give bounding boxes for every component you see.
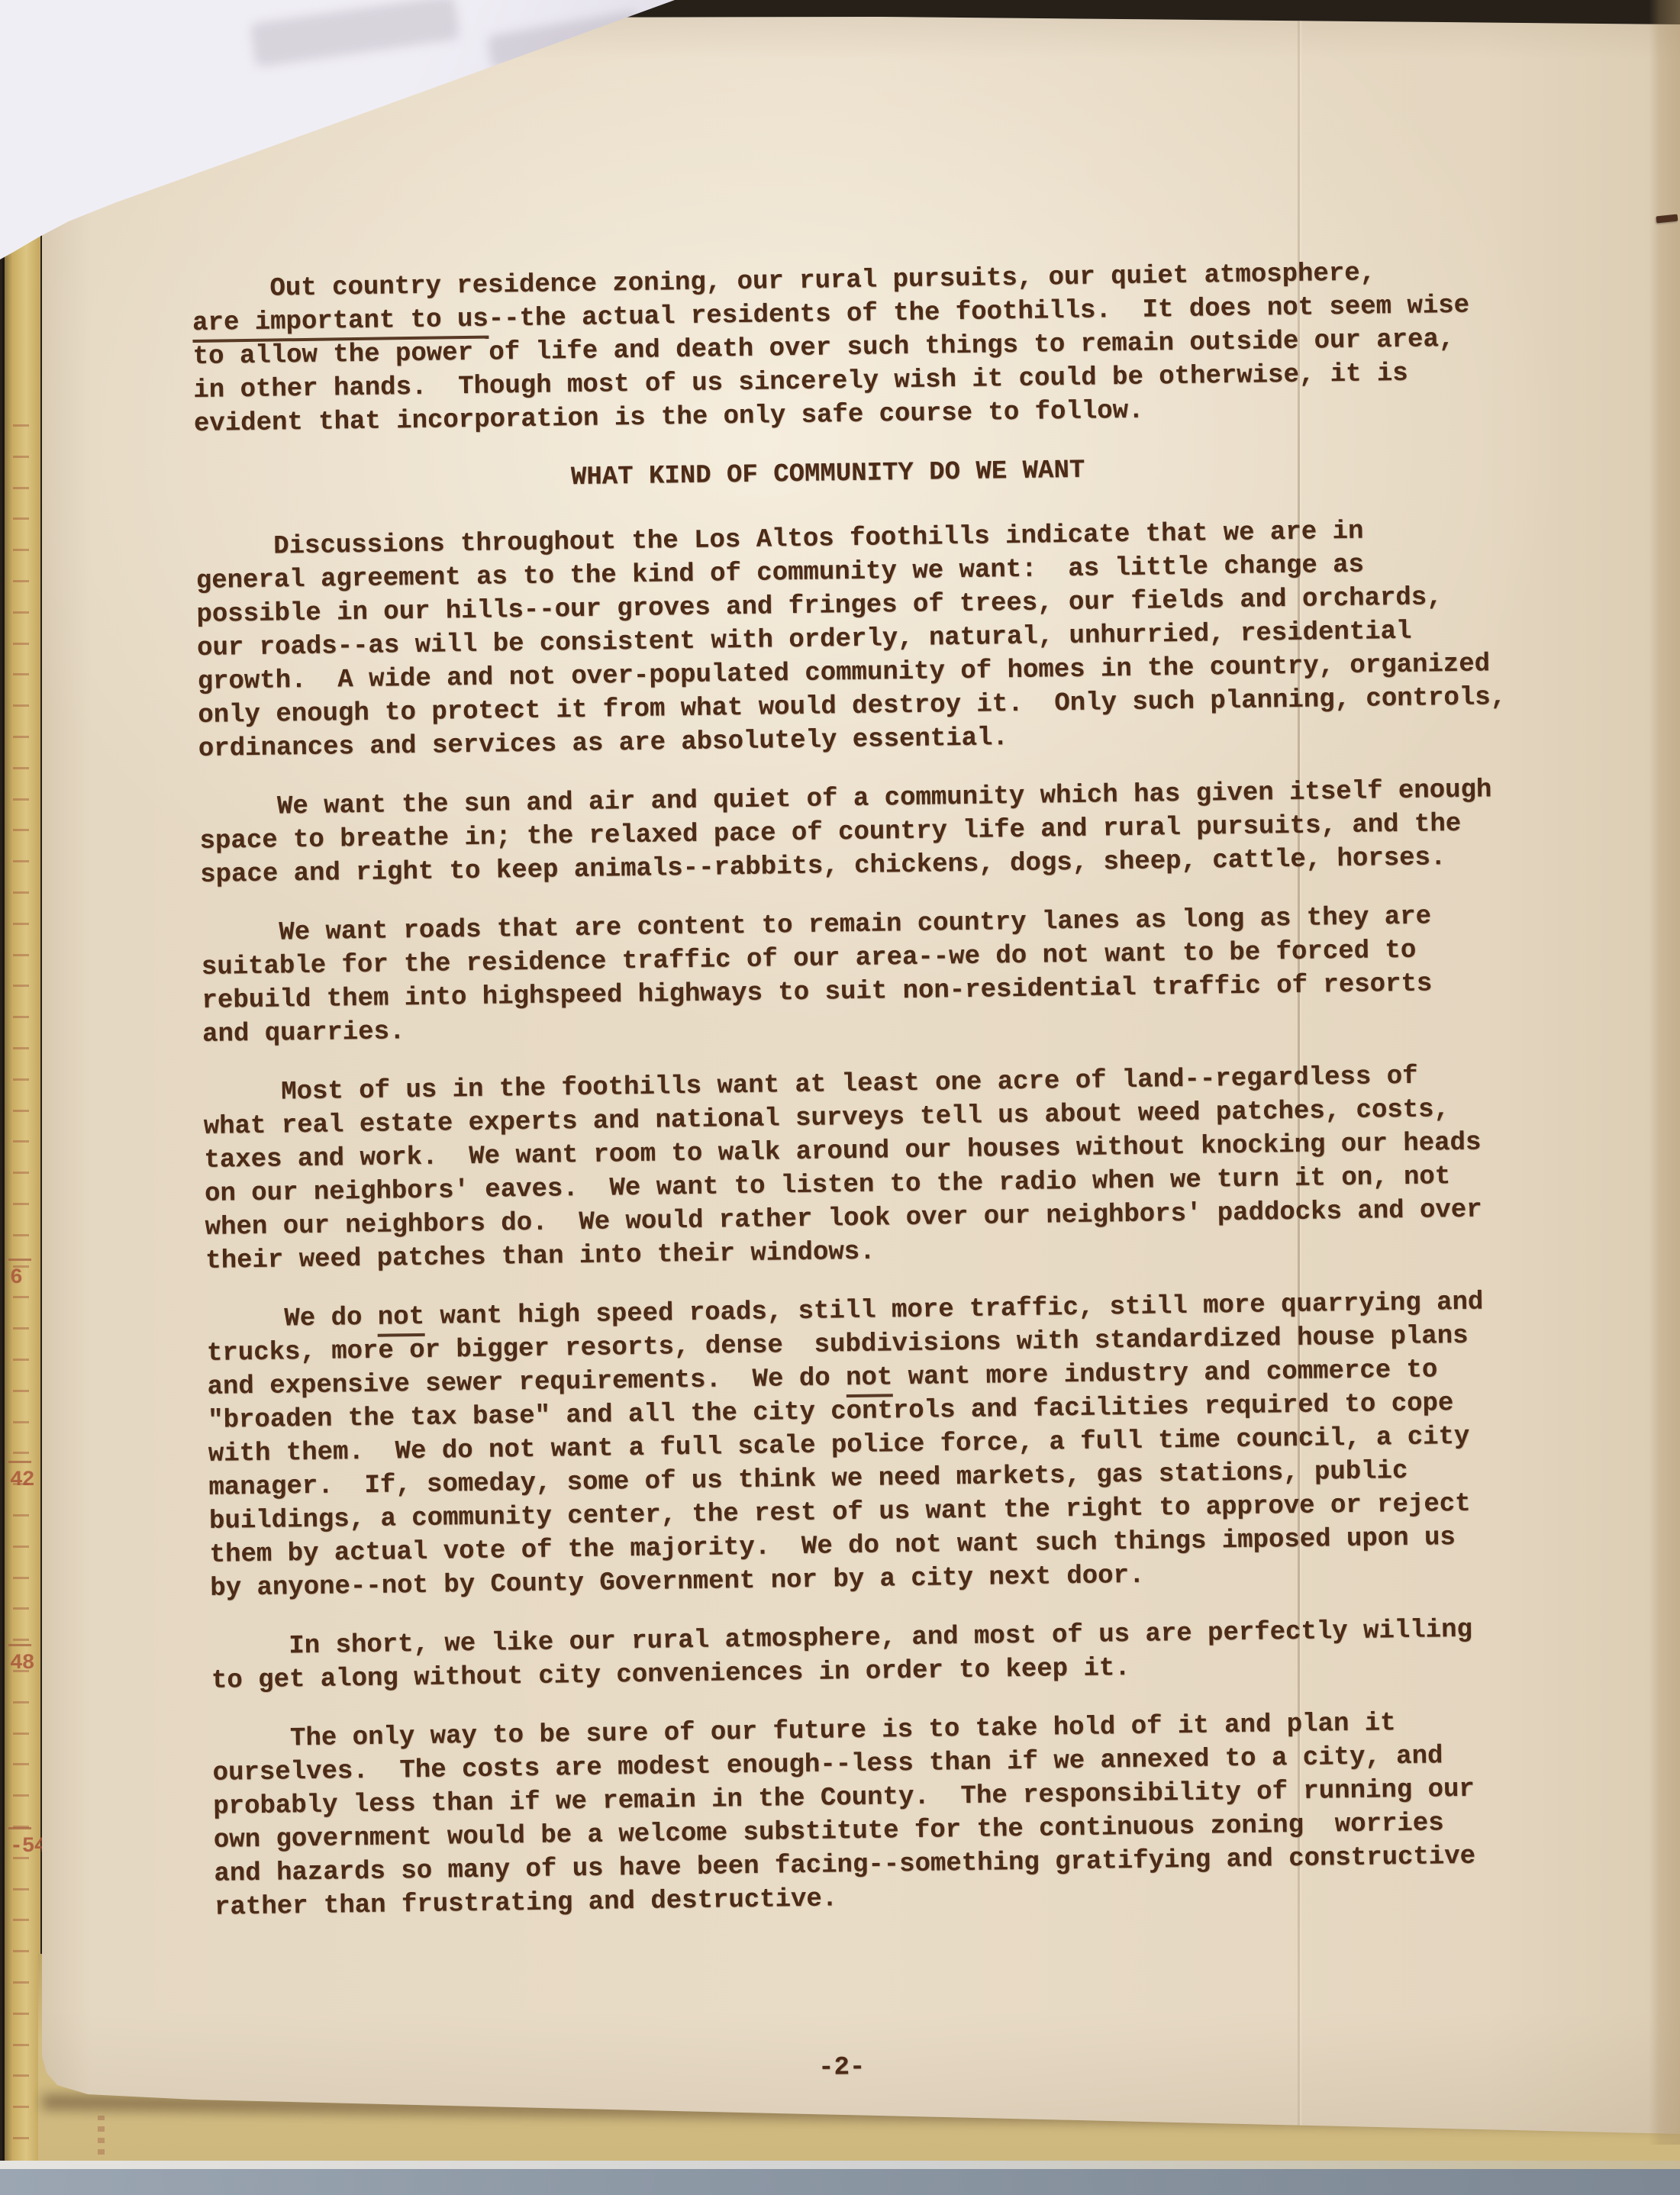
ruler-tick	[13, 829, 29, 831]
document-page: Out country residence zoning, our rural …	[42, 17, 1680, 2139]
paragraph: The only way to be sure of our future is…	[212, 1704, 1574, 1925]
adjacent-sheet-edge	[1649, 0, 1680, 2145]
ruler-tick	[13, 1888, 29, 1890]
bleed-through-smudge	[250, 0, 460, 68]
ruler-tick	[13, 1140, 29, 1143]
backing-strip	[0, 2169, 1680, 2195]
ruler-tick	[13, 549, 29, 551]
ruler-major-tick	[8, 1259, 31, 1261]
ruler-tick	[13, 1296, 29, 1298]
ruler-tick	[13, 2106, 29, 2108]
ruler-tick	[13, 1327, 29, 1330]
ruler-number: 48	[10, 1653, 34, 1674]
typewritten-text: Out country residence zoning, our rural …	[191, 187, 1577, 2161]
ruler-tick	[13, 1359, 29, 1361]
ruler-tick	[13, 643, 29, 645]
ruler-major-tick	[8, 1461, 31, 1463]
ruler-tick	[13, 1234, 29, 1236]
paragraph: We want the sun and air and quiet of a c…	[199, 772, 1559, 892]
ruler-strip: 64248-54	[2, 0, 40, 2195]
ruler-tick	[13, 1639, 29, 1641]
paragraph: Discussions throughout the Los Altos foo…	[195, 512, 1557, 766]
ruler-number: 6	[10, 1268, 22, 1289]
ruler-tick	[13, 1047, 29, 1049]
paragraph: In short, we like our rural atmosphere, …	[211, 1612, 1570, 1698]
ruler-tick	[13, 891, 29, 894]
ruler-tick	[13, 1421, 29, 1423]
paragraph: Out country residence zoning, our rural …	[192, 254, 1553, 441]
paragraph: We do not want high speed roads, still m…	[206, 1284, 1569, 1606]
ruler-number: -54	[10, 1836, 46, 1858]
ruler-tick	[13, 1919, 29, 1921]
ruler-tick	[13, 1701, 29, 1703]
ruler-tick	[13, 2074, 29, 2077]
ruler-tick	[13, 517, 29, 520]
ruler-tick	[13, 954, 29, 956]
ruler-tick	[13, 1514, 29, 1517]
underlined-text: not	[378, 1303, 425, 1337]
ruler-tick	[13, 1981, 29, 1984]
ruler-tick	[13, 1078, 29, 1081]
ruler-tick	[13, 1452, 29, 1454]
ruler-tick	[13, 736, 29, 738]
ruler-tick	[13, 1763, 29, 1765]
ruler-tick	[13, 1203, 29, 1205]
ruler-tick	[13, 985, 29, 987]
underlined-text: not	[846, 1363, 893, 1397]
ruler-tick	[13, 487, 29, 489]
page-number: -2-	[217, 2041, 1575, 2093]
ruler-tick	[13, 767, 29, 769]
scan-scene: 64248-54 Out country residence zoning, o…	[0, 0, 1680, 2195]
ruler-tick	[13, 580, 29, 582]
ruler-tick	[13, 2013, 29, 2015]
ruler-tick	[13, 611, 29, 614]
ruler-tick	[13, 1172, 29, 1174]
ruler-major-tick	[8, 1644, 31, 1646]
ruler-tick	[13, 1546, 29, 1548]
ruler-tick	[13, 923, 29, 925]
ruler-tick	[13, 2044, 29, 2046]
ruler-tick	[13, 1390, 29, 1392]
ruler-tick	[13, 673, 29, 675]
ruler-tick	[13, 1794, 29, 1797]
ruler-tick	[13, 860, 29, 862]
section-heading: WHAT KIND OF COMMUNITY DO WE WANT	[195, 447, 1553, 500]
paragraph: Most of us in the foothills want at leas…	[203, 1058, 1565, 1278]
ruler-tick	[13, 1016, 29, 1018]
ruler-tick	[13, 1110, 29, 1112]
ruler-tick	[13, 2137, 29, 2139]
ruler-tick	[13, 456, 29, 458]
ruler-tick	[13, 1577, 29, 1579]
ruler-major-tick	[8, 1827, 31, 1829]
ruler-tick	[13, 1950, 29, 1952]
ruler-tick	[13, 424, 29, 427]
ruler-tick	[13, 704, 29, 707]
text-blocks: Out country residence zoning, our rural …	[192, 254, 1573, 1925]
ruler-tick	[13, 798, 29, 801]
ruler-tick	[13, 1732, 29, 1735]
paragraph: We want roads that are content to remain…	[201, 898, 1561, 1052]
ruler-tick	[13, 1607, 29, 1610]
ruler-number: 42	[10, 1470, 34, 1491]
